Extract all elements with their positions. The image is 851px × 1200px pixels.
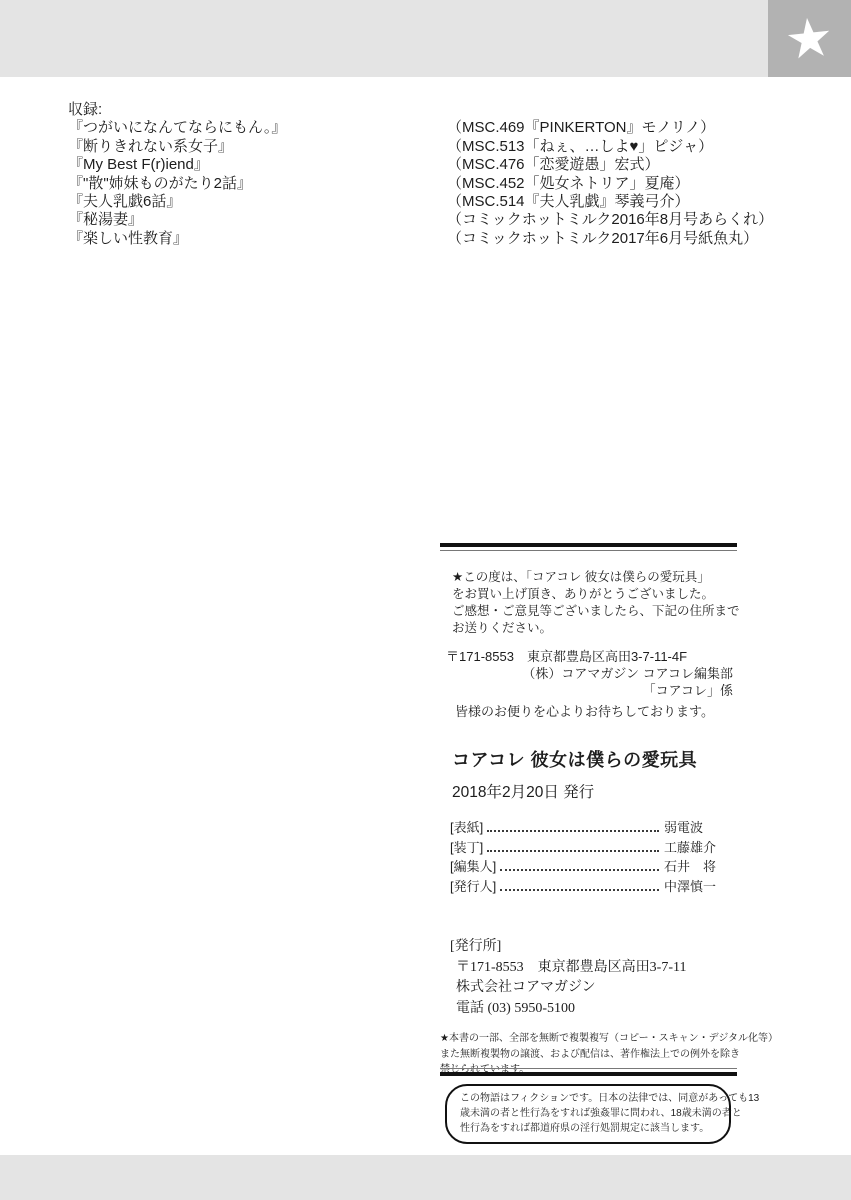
colophon-page: { "header": { "star_icon": "★" }, "toc":… [0,0,851,1200]
credit-label: [装丁] [450,837,483,856]
credit-name: 石井 将 [664,856,728,875]
publisher-phone: 電話 (03) 5950-5100 [450,999,686,1020]
thank-you-line: ご感想・ご意見等ございましたら、下記の住所まで [452,603,740,620]
page-corner-box: ★ [768,0,851,77]
dot-leader [487,830,659,832]
story-title: 『秘湯妻』 [68,211,447,229]
publication-date: 2018年2月20日 発行 [452,780,594,802]
fiction-disclaimer-box: この物語はフィクションです。日本の法律では、同意があっても13 歳未満の者と性行… [445,1084,731,1144]
story-title: 『楽しい性教育』 [68,230,447,248]
divider-double-rule [440,543,737,551]
disclaimer-line: 性行為をすれば都道府県の淫行処罰規定に該当します。 [460,1121,716,1136]
story-title: 『夫人乳戯6話』 [68,193,447,211]
thank-you-line: をお買い上げ頂き、ありがとうございました。 [452,586,740,603]
dot-leader [487,850,659,852]
publisher-label: [発行所] [450,937,686,958]
story-title: 『つがいになんてならにもん。』 [68,119,447,137]
story-title: 『断りきれない系女子』 [68,138,447,156]
bottom-gray-bar [0,1155,851,1200]
story-title: 『"散"姉妹ものがたり2話』 [68,175,447,193]
story-title: 『My Best F(r)iend』 [68,156,447,174]
publisher-company: 株式会社コアマガジン [450,978,686,999]
credit-row: [装丁] 工藤雄介 [450,837,728,857]
credit-row: [表紙] 弱電波 [450,817,728,837]
thank-you-line: お送りください。 [452,620,740,637]
credit-label: [発行人] [450,876,496,895]
editorial-address-section: 「コアコレ」係 [440,680,733,699]
staff-credits: [表紙] 弱電波 [装丁] 工藤雄介 [編集人] 石井 将 [発行人] 中澤慎一 [450,817,728,895]
mail-note: 皆様のお便りを心よりお待ちしております。 [455,701,714,720]
colophon-column: ★この度は、「コアコレ 彼女は僕らの愛玩具」 をお買い上げ頂き、ありがとうござい… [440,0,740,1200]
credit-row: [編集人] 石井 将 [450,856,728,876]
star-icon: ★ [783,9,837,68]
copyright-line: ★本書の一部、全部を無断で複製複写（コピー・スキャン・デジタル化等） [448,1031,753,1047]
publisher-postal: 〒171-8553 東京都豊島区高田3-7-11 [450,958,686,979]
publisher-block: [発行所] 〒171-8553 東京都豊島区高田3-7-11 株式会社コアマガジ… [450,937,686,1019]
credit-row: [発行人] 中澤慎一 [450,876,728,896]
credit-name: 工藤雄介 [664,837,728,856]
credit-label: [表紙] [450,817,483,836]
copyright-line: また無断複製物の譲渡、および配信は、著作権法上での例外を除き [448,1047,753,1063]
disclaimer-line: この物語はフィクションです。日本の法律では、同意があっても13 [460,1091,716,1106]
credit-label: [編集人] [450,856,496,875]
thank-you-note: ★この度は、「コアコレ 彼女は僕らの愛玩具」 をお買い上げ頂き、ありがとうござい… [452,569,740,637]
book-title: コアコレ 彼女は僕らの愛玩具 [452,746,697,772]
thank-you-line: ★この度は、「コアコレ 彼女は僕らの愛玩具」 [452,569,740,586]
divider-double-rule-bottom [440,1068,737,1076]
dot-leader [500,889,659,891]
credit-name: 中澤慎一 [664,876,728,895]
credit-name: 弱電波 [664,817,728,836]
dot-leader [500,869,659,871]
disclaimer-line: 歳未満の者と性行為をすれば強姦罪に問われ、18歳未満の者と [460,1106,716,1121]
